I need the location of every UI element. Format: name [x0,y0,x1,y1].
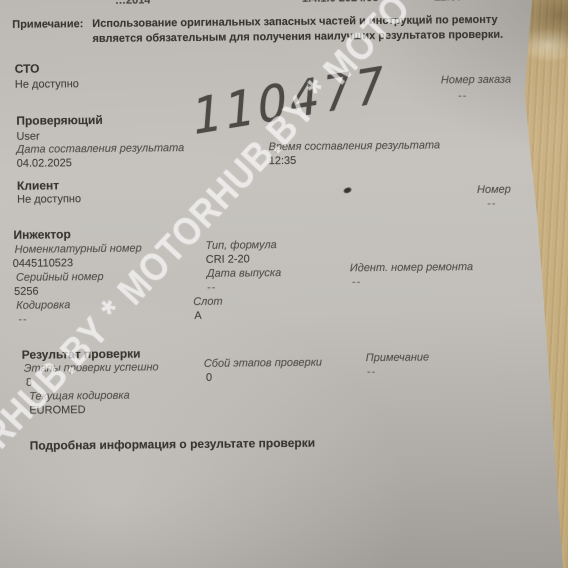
order-number-value: -- [458,90,467,103]
serial-number-label: Серийный номер [16,271,104,285]
coding-value: -- [18,314,27,327]
client-value: Не доступно [17,193,81,207]
client-number-value: -- [487,198,496,211]
note-label: Примечание: [12,18,83,32]
details-title: Подробная информация о результате провер… [30,437,316,453]
result-note-value: -- [367,366,376,379]
sto-value: Не доступно [15,78,79,92]
steps-failed-label: Сбой этапов проверки [204,357,322,371]
report-photo: …2014 1.4.1.0 2024/03 12:35 Примечание: … [0,0,568,568]
type-label: Тип, формула [206,239,277,253]
result-date-value: 04.02.2025 [17,157,72,171]
inspector-title: Проверяющий [16,114,103,128]
client-number-label: Номер [477,184,511,197]
serial-number-value: 5256 [14,286,39,299]
slot-value: A [194,310,201,323]
steps-failed-value: 0 [206,372,212,385]
coding-label: Кодировка [16,299,70,313]
report-content: …2014 1.4.1.0 2024/03 12:35 Примечание: … [0,0,568,568]
injector-title: Инжектор [13,228,70,242]
report-paper: …2014 1.4.1.0 2024/03 12:35 Примечание: … [0,0,568,568]
client-title: Клиент [17,179,59,192]
slot-label: Слот [193,296,223,309]
type-value: CRI 2-20 [206,253,250,266]
header-time: 12:35 [434,0,462,4]
sto-title: СТО [15,63,40,76]
part-number-label: Номенклатурный номер [15,242,142,256]
result-date-label: Дата составления результата [17,142,185,157]
header-cutoff-left: …2014 [115,0,151,8]
note-line2: является обязательным для получения наил… [92,29,503,46]
release-date-label: Дата выпуска [207,267,281,281]
ink-mark [342,186,353,195]
order-number-label: Номер заказа [441,74,511,88]
repair-id-value: -- [352,276,361,289]
repair-id-label: Идент. номер ремонта [350,261,473,275]
result-note-label: Примечание [366,351,429,365]
inspector-name: User [16,131,39,144]
part-number-value: 0445110523 [13,257,74,271]
release-date-value: -- [207,282,216,295]
header-version: 1.4.1.0 2024/03 [302,0,379,6]
